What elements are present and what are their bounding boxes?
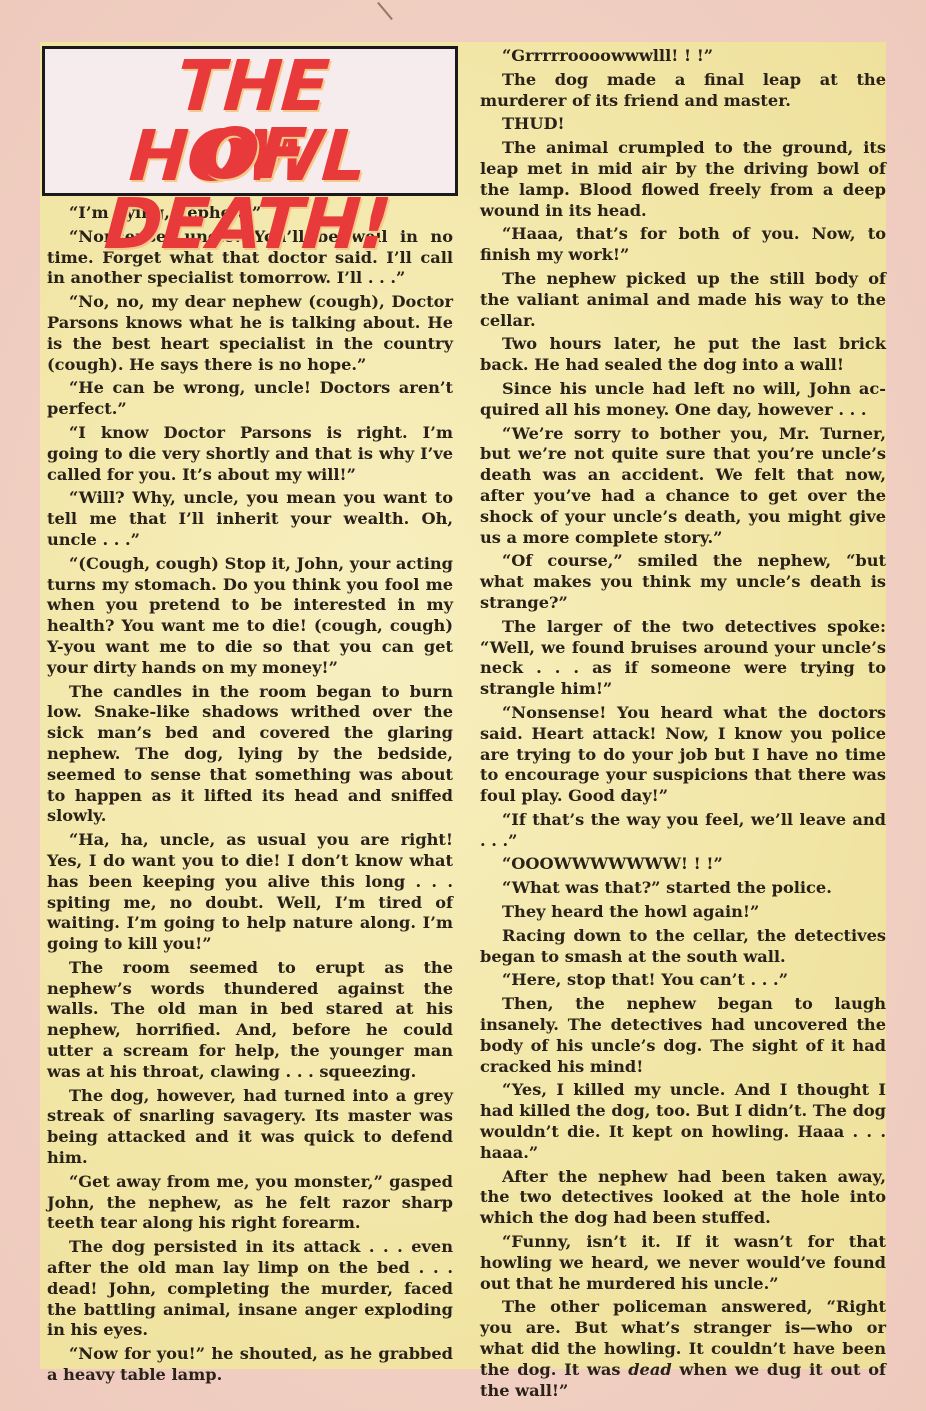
paragraph: After the nephew had been taken away, th… [480,1167,886,1229]
paragraph: “Funny, isn’t it. If it wasn’t for that … [480,1232,886,1294]
paragraph: “He can be wrong, uncle! Doctors aren’t … [47,378,453,420]
story-title-box: THE HOWL OF DEATH! [42,46,458,196]
paragraph: THUD! [480,114,886,135]
paragraph: Racing down to the cellar, the detective… [480,926,886,968]
paragraph: “Here, stop that! You can’t . . .” [480,970,886,991]
paragraph: “If that’s the way you feel, we’ll leave… [480,810,886,852]
paragraph: “Yes, I killed my uncle. And I thought I… [480,1080,886,1163]
paragraph: “Ha, ha, uncle, as usual you are right! … [47,830,453,955]
paragraph: The room seemed to erupt as the nephew’s… [47,958,453,1083]
emphasized-word: dead [628,1360,671,1379]
paragraph: “Will? Why, uncle, you mean you want to … [47,488,453,550]
paragraph: “Now for you!” he shouted, as he grabbed… [47,1344,453,1386]
paragraph: The candles in the room began to burn lo… [47,682,453,828]
paragraph: Then, the nephew began to laugh insanely… [480,994,886,1077]
pen-mark [377,2,393,20]
paragraph: The dog, however, had turned into a grey… [47,1086,453,1169]
paragraph: “We’re sorry to bother you, Mr. Turner, … [480,424,886,549]
paragraph: “I know Doctor Parsons is right. I’m goi… [47,423,453,485]
paragraph: The nephew picked up the still body of t… [480,269,886,331]
paragraph: Since his uncle had left no will, John a… [480,379,886,421]
paragraph: “Get away from me, you monster,” gasped … [47,1172,453,1234]
paragraph: “No, no, my dear nephew (cough), Doctor … [47,292,453,375]
paragraph: “Haaa, that’s for both of you. Now, to f… [480,224,886,266]
paragraph: The animal crumpled to the ground, its l… [480,138,886,221]
paragraph: “What was that?” started the police. [480,878,886,899]
paragraph: Two hours later, he put the last brick b… [480,334,886,376]
paragraph: “Nonsense! You heard what the doctors sa… [480,703,886,807]
paragraph: “OOOWWWWWWW! ! !” [480,854,886,875]
paragraph-final: The other policeman answered, “Right you… [480,1297,886,1401]
paragraph: “Grrrrroooowwwlll! ! !” [480,46,886,67]
right-column: “Grrrrroooowwwlll! ! !” The dog made a f… [480,46,886,1404]
paragraph: “Of course,” smiled the nephew, “but wha… [480,551,886,613]
paragraph: “(Cough, cough) Stop it, John, your acti… [47,554,453,679]
paragraph: The larger of the two detectives spoke: … [480,617,886,700]
paragraph: They heard the howl again!” [480,902,886,923]
paragraph: The dog persisted in its attack . . . ev… [47,1237,453,1341]
left-column: “I’m dying, nephew!” “Nonsense, uncle! Y… [47,203,453,1389]
paragraph: The dog made a final leap at the murdere… [480,70,886,112]
story-title-line-2: OF DEATH! [40,119,460,259]
